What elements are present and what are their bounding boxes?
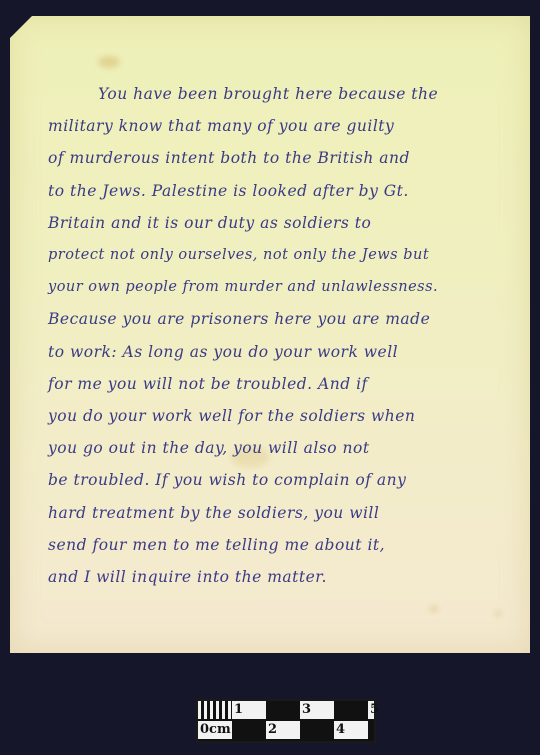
- text-line: you go out in the day, you will also not: [48, 432, 518, 464]
- scale-cell-5: 5: [368, 701, 374, 719]
- text-line: military know that many of you are guilt…: [48, 110, 518, 142]
- scale-bar: 1 3 5 0cm 2 4: [196, 699, 376, 743]
- scale-cell-0cm: 0cm: [198, 721, 232, 739]
- text-line: and I will inquire into the matter.: [48, 561, 518, 593]
- text-line: protect not only ourselves, not only the…: [48, 239, 518, 271]
- scale-cell-1: 1: [232, 701, 266, 719]
- scale-cell-3: 3: [300, 701, 334, 719]
- scale-cell-2: 2: [266, 721, 300, 739]
- stain: [98, 56, 120, 68]
- text-line: send four men to me telling me about it,: [48, 529, 518, 561]
- text-line: to the Jews. Palestine is looked after b…: [48, 175, 518, 207]
- stain: [430, 606, 438, 612]
- text-line: to work: As long as you do your work wel…: [48, 336, 518, 368]
- text-line: You have been brought here because the: [48, 78, 518, 110]
- handwritten-text: You have been brought here because the m…: [48, 78, 518, 593]
- text-line: hard treatment by the soldiers, you will: [48, 497, 518, 529]
- scale-cell-4: 4: [334, 721, 368, 739]
- stain: [495, 611, 501, 616]
- text-line: be troubled. If you wish to complain of …: [48, 464, 518, 496]
- text-line: Britain and it is our duty as soldiers t…: [48, 207, 518, 239]
- text-line: your own people from murder and unlawles…: [48, 271, 518, 303]
- text-line: of murderous intent both to the British …: [48, 142, 518, 174]
- text-line: you do your work well for the soldiers w…: [48, 400, 518, 432]
- scale-ticks: [198, 701, 232, 719]
- letter-paper: You have been brought here because the m…: [10, 16, 530, 653]
- text-line: for me you will not be troubled. And if: [48, 368, 518, 400]
- text-line: Because you are prisoners here you are m…: [48, 303, 518, 335]
